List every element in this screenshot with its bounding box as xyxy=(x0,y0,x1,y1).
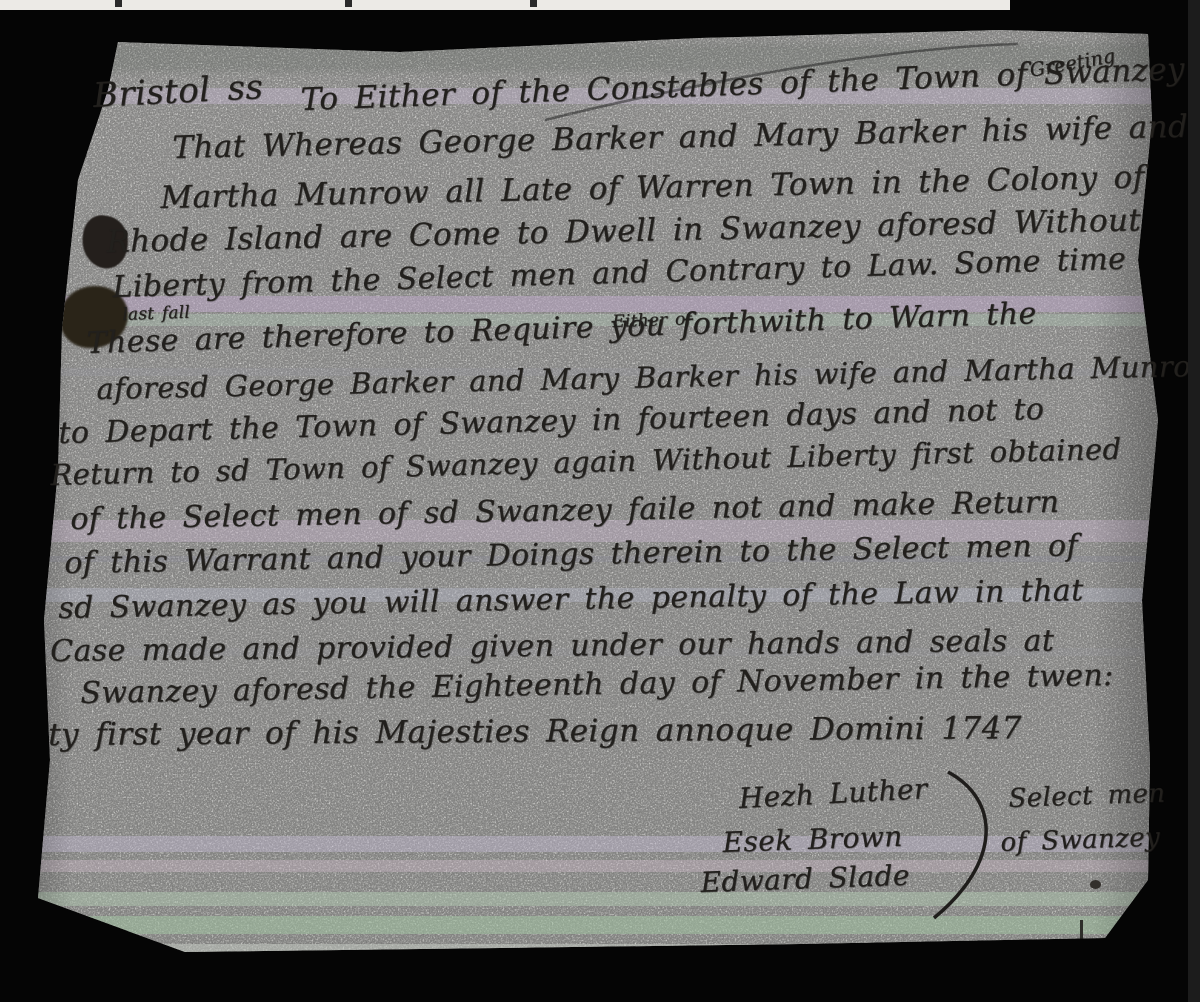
ink-dot xyxy=(1090,880,1101,889)
paper-sheet xyxy=(0,0,1200,1002)
edge-shadow-right xyxy=(0,0,1200,1002)
scanner-edge-strip xyxy=(0,0,1010,10)
ink-tick xyxy=(1080,920,1083,954)
ink-dash xyxy=(69,149,86,161)
scanner-tick xyxy=(115,0,122,7)
document-scan: Bristol ss To Either of the Constables o… xyxy=(0,0,1200,1002)
scanner-tick xyxy=(530,0,537,7)
scanner-tick xyxy=(345,0,352,7)
scanner-edge-right xyxy=(1188,0,1200,1002)
